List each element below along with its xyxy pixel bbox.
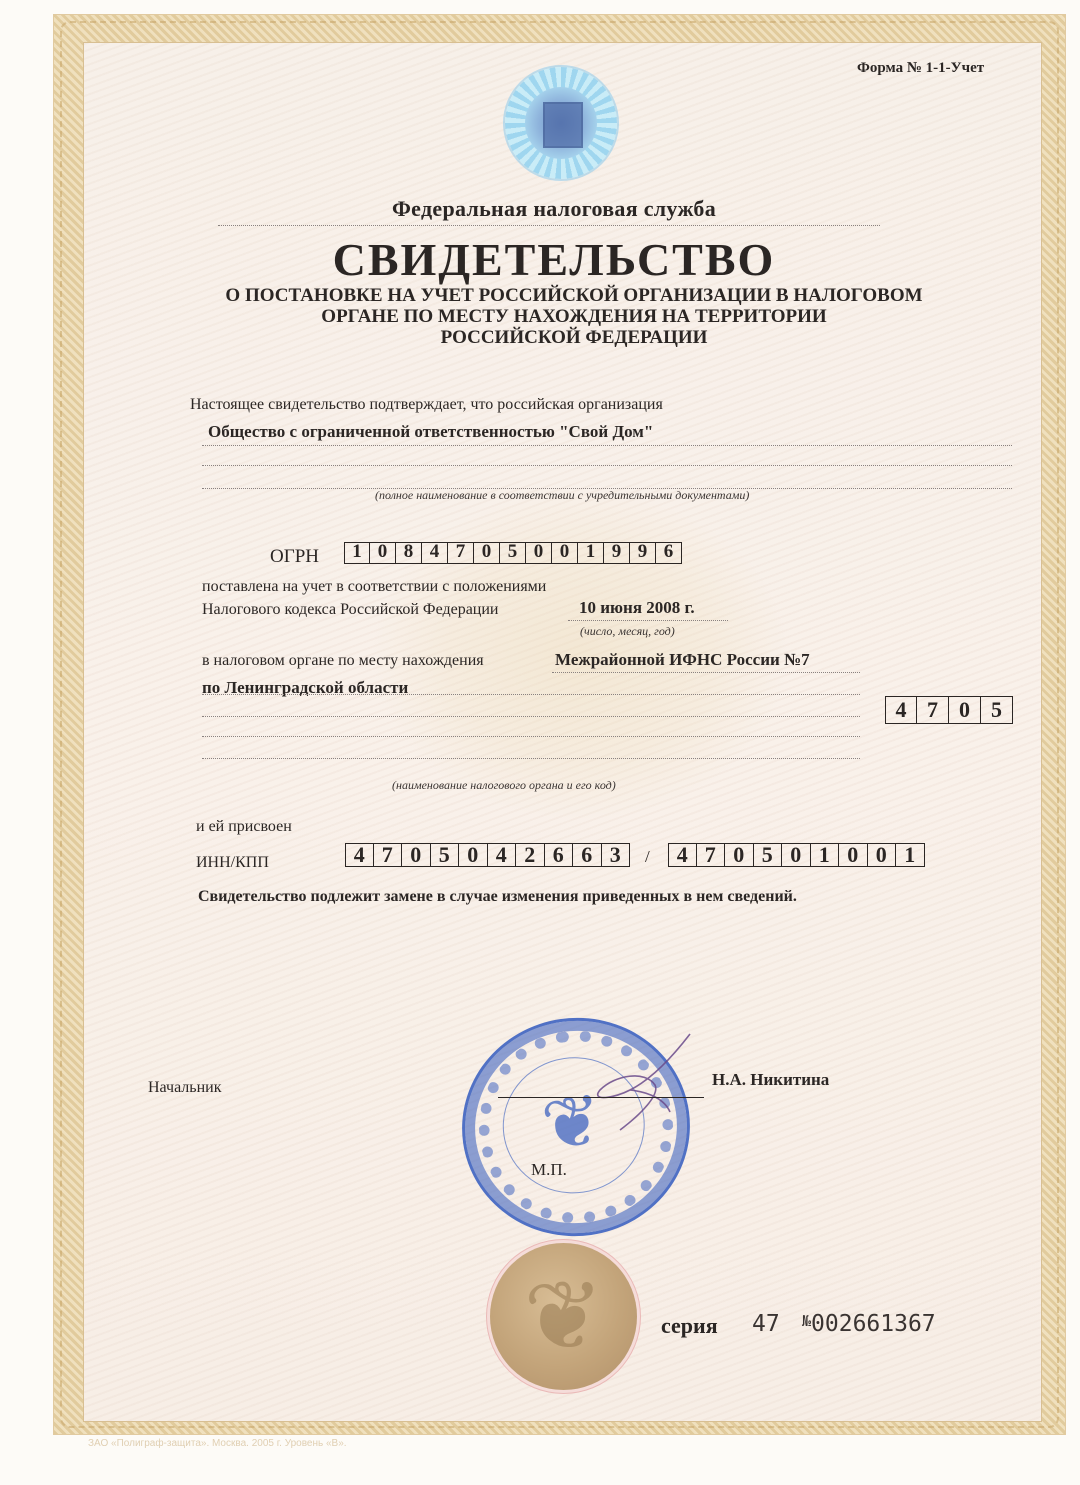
digit-cell: 5 bbox=[500, 542, 526, 564]
fill-line bbox=[202, 758, 860, 759]
digit-cell: 0 bbox=[459, 843, 488, 867]
replacement-notice: Свидетельство подлежит замене в случае и… bbox=[198, 888, 797, 906]
registration-date: 10 июня 2008 г. bbox=[579, 598, 695, 618]
digit-cell: 7 bbox=[374, 843, 403, 867]
digit-cell: 0 bbox=[949, 696, 981, 724]
registration-text: поставлена на учет в соответствии с поло… bbox=[202, 578, 546, 596]
fill-line bbox=[202, 716, 860, 717]
digit-cell: 0 bbox=[782, 843, 811, 867]
digit-cell: 9 bbox=[604, 542, 630, 564]
subtitle-line: О ПОСТАНОВКЕ НА УЧЕТ РОССИЙСКОЙ ОРГАНИЗА… bbox=[0, 285, 1080, 306]
tax-authority-name: по Ленинградской области bbox=[202, 678, 408, 698]
tax-authority-caption: (наименование налогового органа и его ко… bbox=[392, 778, 616, 793]
subtitle-line: РОССИЙСКОЙ ФЕДЕРАЦИИ bbox=[0, 327, 1080, 348]
signature-icon bbox=[560, 1030, 700, 1140]
number-sign: № bbox=[802, 1312, 811, 1330]
assigned-text: и ей присвоен bbox=[196, 818, 292, 836]
digit-cell: 7 bbox=[448, 542, 474, 564]
date-caption: (число, месяц, год) bbox=[580, 624, 675, 639]
digit-cell: 5 bbox=[981, 696, 1013, 724]
certificate-number: №002661367 bbox=[802, 1311, 936, 1337]
digit-cell: 5 bbox=[431, 843, 460, 867]
intro-text: Настоящее свидетельство подтверждает, чт… bbox=[190, 396, 663, 414]
digit-cell: 1 bbox=[811, 843, 840, 867]
ogrn-label: ОГРН bbox=[270, 546, 319, 568]
fill-line bbox=[202, 736, 860, 737]
digit-cell: 8 bbox=[396, 542, 422, 564]
organization-caption: (полное наименование в соответствии с уч… bbox=[375, 488, 749, 503]
number-value: 002661367 bbox=[811, 1311, 936, 1337]
hologram-seal-icon bbox=[505, 67, 617, 179]
kpp-digit-boxes: 470501001 bbox=[668, 843, 925, 867]
digit-cell: 0 bbox=[370, 542, 396, 564]
signature-line bbox=[498, 1097, 704, 1098]
digit-cell: 6 bbox=[573, 843, 602, 867]
digit-cell: 9 bbox=[630, 542, 656, 564]
signer-name: Н.А. Никитина bbox=[712, 1070, 829, 1090]
inn-digit-boxes: 4705042663 bbox=[345, 843, 630, 867]
digit-cell: 0 bbox=[725, 843, 754, 867]
signer-position: Начальник bbox=[148, 1079, 221, 1097]
fill-line bbox=[202, 445, 1012, 446]
form-number: Форма № 1-1-Учет bbox=[857, 60, 984, 77]
fill-line bbox=[202, 694, 860, 695]
fill-line bbox=[568, 620, 728, 621]
digit-cell: 2 bbox=[516, 843, 545, 867]
digit-cell: 0 bbox=[868, 843, 897, 867]
divider bbox=[218, 225, 880, 226]
tax-authority-text: в налоговом органе по месту нахождения bbox=[202, 652, 484, 670]
tax-authority-code-boxes: 4705 bbox=[885, 696, 1013, 724]
eagle-icon: ❦ bbox=[490, 1243, 637, 1390]
subtitle-line: ОРГАНЕ ПО МЕСТУ НАХОЖДЕНИЯ НА ТЕРРИТОРИИ bbox=[0, 306, 1080, 327]
digit-cell: 1 bbox=[578, 542, 604, 564]
digit-cell: 6 bbox=[656, 542, 682, 564]
registration-text: Налогового кодекса Российской Федерации bbox=[202, 601, 498, 619]
digit-cell: 1 bbox=[896, 843, 925, 867]
digit-cell: 4 bbox=[885, 696, 917, 724]
digit-cell: 4 bbox=[488, 843, 517, 867]
document-title: СВИДЕТЕЛЬСТВО bbox=[0, 233, 1080, 286]
digit-cell: 0 bbox=[474, 542, 500, 564]
fill-line bbox=[202, 465, 1012, 466]
gold-foil-seal-icon: ❦ bbox=[490, 1243, 637, 1390]
inn-kpp-separator: / bbox=[645, 847, 650, 867]
digit-cell: 1 bbox=[344, 542, 370, 564]
digit-cell: 4 bbox=[422, 542, 448, 564]
series-value: 47 bbox=[752, 1311, 780, 1337]
seal-mark: М.П. bbox=[531, 1160, 567, 1180]
digit-cell: 0 bbox=[402, 843, 431, 867]
digit-cell: 7 bbox=[697, 843, 726, 867]
digit-cell: 5 bbox=[754, 843, 783, 867]
digit-cell: 6 bbox=[545, 843, 574, 867]
series-label: серия bbox=[661, 1313, 718, 1339]
digit-cell: 3 bbox=[602, 843, 631, 867]
printer-imprint: ЗАО «Полиграф-защита». Москва. 2005 г. У… bbox=[88, 1438, 347, 1449]
fill-line bbox=[552, 672, 860, 673]
digit-cell: 0 bbox=[839, 843, 868, 867]
digit-cell: 0 bbox=[552, 542, 578, 564]
document-subtitle: О ПОСТАНОВКЕ НА УЧЕТ РОССИЙСКОЙ ОРГАНИЗА… bbox=[0, 285, 1080, 348]
tax-authority-name: Межрайонной ИФНС России №7 bbox=[555, 650, 810, 670]
ogrn-digit-boxes: 1084705001996 bbox=[344, 542, 682, 564]
inn-kpp-label: ИНН/КПП bbox=[196, 854, 269, 872]
organization-name: Общество с ограниченной ответственностью… bbox=[208, 422, 653, 442]
digit-cell: 7 bbox=[917, 696, 949, 724]
digit-cell: 4 bbox=[345, 843, 374, 867]
agency-name: Федеральная налоговая служба bbox=[0, 196, 1080, 222]
hologram-emblem-icon bbox=[543, 102, 583, 148]
digit-cell: 0 bbox=[526, 542, 552, 564]
digit-cell: 4 bbox=[668, 843, 697, 867]
